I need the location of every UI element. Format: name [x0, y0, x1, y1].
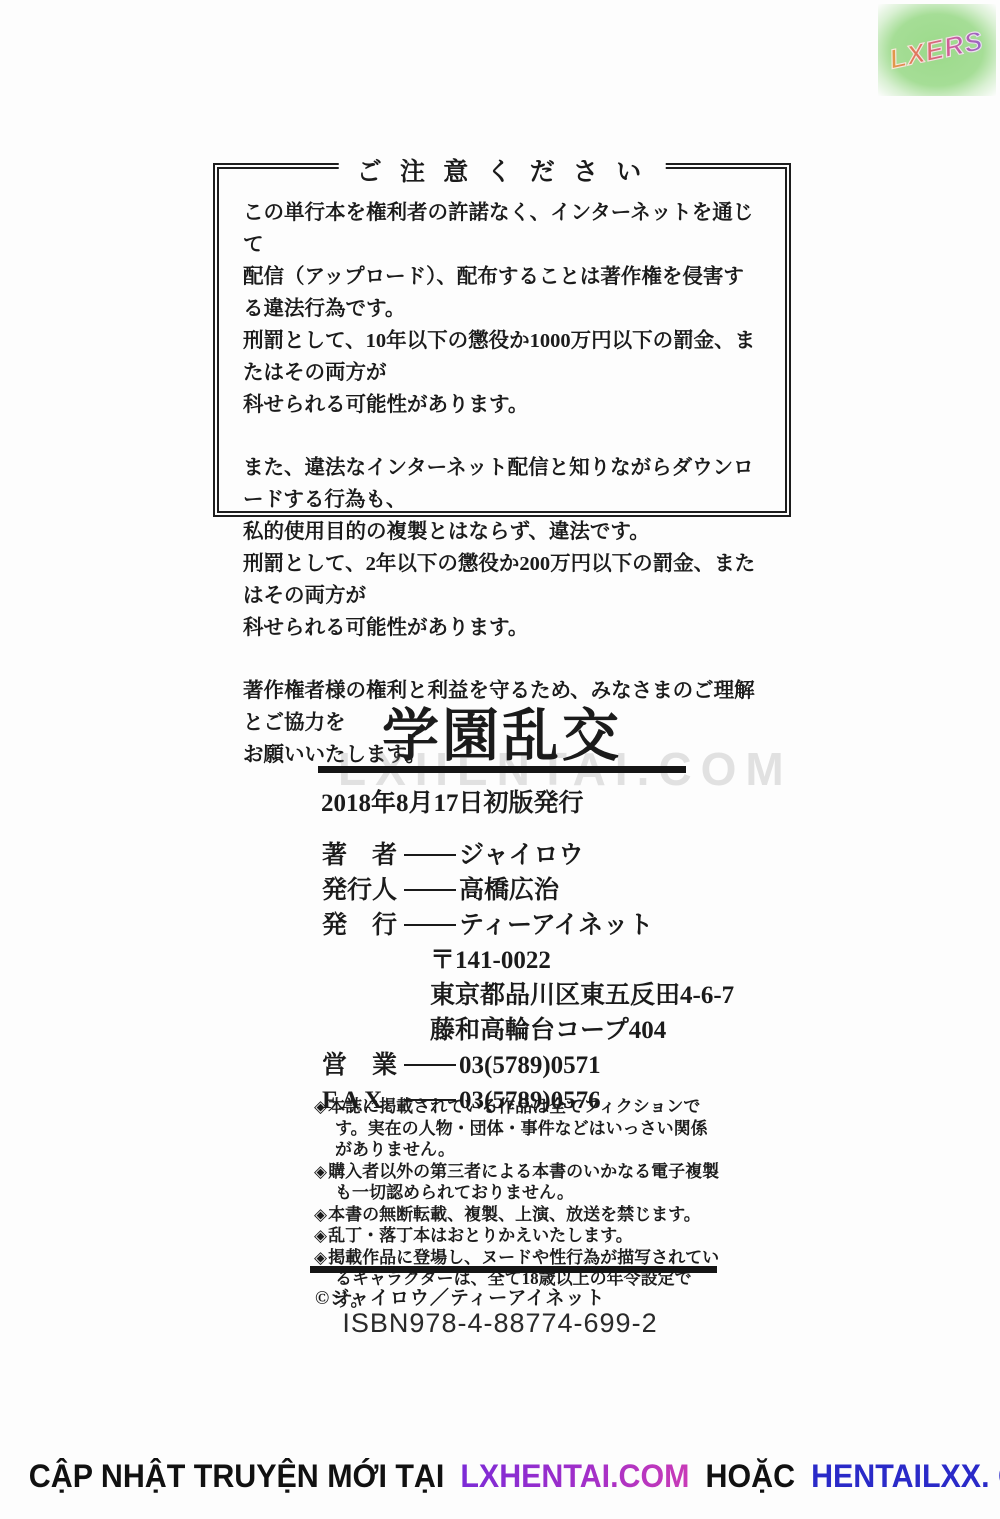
sales-phone-row: 営 業03(5789)0571 [322, 1048, 601, 1083]
diamond-bullet-icon: ◈ [314, 1226, 327, 1245]
diamond-bullet-icon: ◈ [314, 1248, 327, 1267]
diamond-bullet-icon: ◈ [314, 1097, 327, 1116]
bottom-divider-rule [310, 1266, 717, 1273]
row-label: 発行人 [322, 873, 404, 908]
dash-line [404, 924, 456, 926]
notice-paragraph: この単行本を権利者の許諾なく、インターネットを通じて 配信（アップロード）、配布… [243, 197, 761, 421]
isbn-number: ISBN978-4-88774-699-2 [300, 1308, 700, 1339]
note-text: 乱丁・落丁本はおとりかえいたします。 [328, 1226, 633, 1245]
note-text: 購入者以外の第三者による本書のいかなる電子複製も一切認められておりません。 [328, 1162, 719, 1203]
footer-site-link-lxhentai[interactable]: LXHENTAI.COM [460, 1458, 689, 1494]
notice-paragraph: また、違法なインターネット配信と知りながらダウンロードする行為も、 私的使用目的… [243, 452, 761, 644]
notice-heading: ご 注 意 く だ さ い [339, 152, 666, 188]
legal-notes: ◈本誌に掲載されている作品は全てフィクションです。実在の人物・団体・事件などはい… [314, 1096, 724, 1311]
note-text: 本書の無断転載、複製、上演、放送を禁じます。 [328, 1205, 701, 1224]
edition-date: 2018年8月17日初版発行 [321, 783, 584, 819]
author-row: 著 者ジャイロウ [322, 838, 653, 873]
row-label: 著 者 [322, 838, 404, 873]
lxers-logo-text: LXERS [887, 25, 986, 75]
scanned-colophon-page: LXERS ご 注 意 く だ さ い この単行本を権利者の許諾なく、インターネ… [0, 0, 1000, 1519]
note-item: ◈本書の無断転載、複製、上演、放送を禁じます。 [314, 1204, 724, 1226]
footer-conjunction-text: HOẶC [706, 1458, 796, 1494]
diamond-bullet-icon: ◈ [314, 1205, 327, 1224]
book-title: 学園乱交 [318, 690, 686, 772]
publication-rows: 著 者ジャイロウ 発行人高橋広治 発 行ティーアイネット [322, 838, 653, 943]
row-label: 営 業 [322, 1048, 404, 1083]
address-line: 藤和高輪台コープ404 [430, 1013, 734, 1048]
footer-banner: CẬP NHẬT TRUYỆN MỚI TẠI LXHENTAI.COM HOẶ… [25, 1458, 975, 1495]
note-item: ◈本誌に掲載されている作品は全てフィクションです。実在の人物・団体・事件などはい… [314, 1096, 724, 1161]
address-line: 東京都品川区東五反田4-6-7 [430, 978, 734, 1013]
row-value: 高橋広治 [459, 877, 559, 904]
row-value: ティーアイネット [459, 912, 653, 939]
dash-line [404, 1064, 456, 1066]
note-item: ◈乱丁・落丁本はおとりかえいたします。 [314, 1225, 724, 1247]
row-value: ジャイロウ [459, 842, 584, 869]
footer-site-link-hentailxx[interactable]: HENTAILXX. COM [811, 1458, 1000, 1494]
copyright-line: ©ジャイロウ／ティーアイネット [315, 1283, 605, 1310]
publisher-address: 〒141-0022 東京都品川区東五反田4-6-7 藤和高輪台コープ404 [430, 943, 734, 1048]
row-label: 発 行 [322, 908, 404, 943]
note-text: 本誌に掲載されている作品は全てフィクションです。実在の人物・団体・事件などはいっ… [328, 1097, 708, 1159]
address-line: 〒141-0022 [430, 943, 734, 978]
diamond-bullet-icon: ◈ [314, 1162, 327, 1181]
publisher-person-row: 発行人高橋広治 [322, 873, 653, 908]
copyright-notice-box: ご 注 意 く だ さ い この単行本を権利者の許諾なく、インターネットを通じて… [213, 163, 791, 517]
footer-prefix-text: CẬP NHẬT TRUYỆN MỚI TẠI [29, 1458, 445, 1494]
publisher-row: 発 行ティーアイネット [322, 908, 653, 943]
lxers-watermark-badge: LXERS [878, 4, 996, 96]
title-divider-rule [318, 766, 686, 773]
dash-line [404, 889, 456, 891]
dash-line [404, 854, 456, 856]
note-item: ◈購入者以外の第三者による本書のいかなる電子複製も一切認められておりません。 [314, 1161, 724, 1204]
row-value: 03(5789)0571 [459, 1052, 601, 1079]
